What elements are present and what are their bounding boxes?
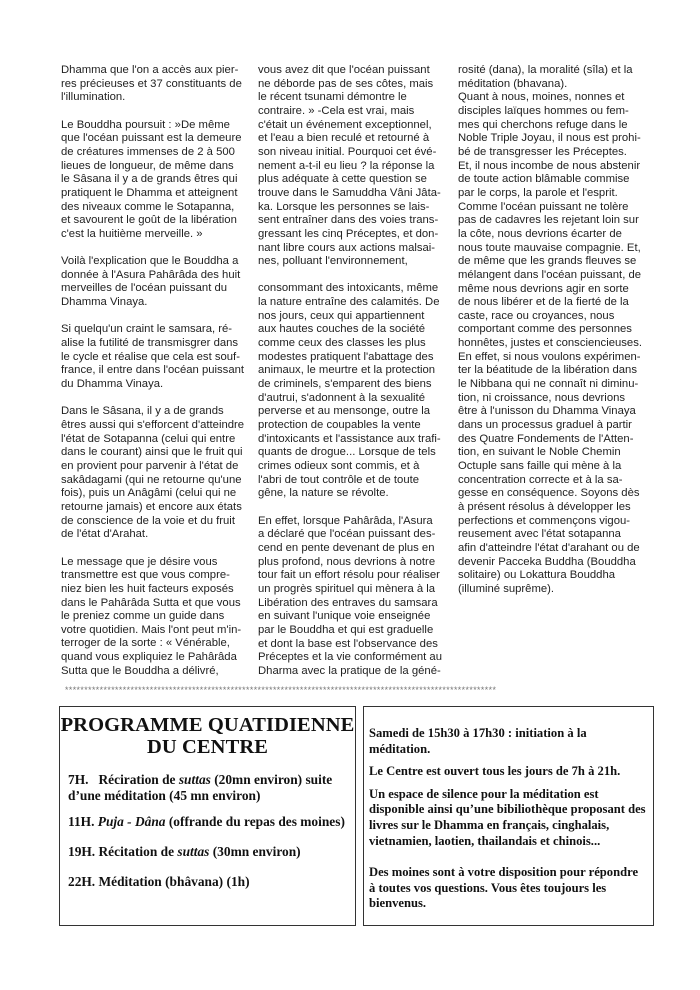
schedule-text: (offrande du repas des moines) (166, 814, 345, 829)
paragraph: consommant des intoxicants, même la natu… (258, 282, 452, 501)
paragraph: vous avez dit que l'océan puissant ne dé… (258, 64, 452, 269)
schedule-text: Réciration de (99, 772, 179, 787)
schedule-time: 7H. (68, 772, 88, 787)
schedule-title: PROGRAMME QUATIDIENNE DU CENTRE (60, 714, 355, 758)
paragraph: Quant à nous, moines, nonnes et disciple… (458, 91, 654, 596)
schedule-time: 22H. (68, 874, 95, 889)
schedule-item: 7H. Réciration de suttas (20mn environ) … (68, 772, 349, 804)
schedule-title-line-2: DU CENTRE (60, 736, 355, 758)
info-paragraph: Des moines sont à votre disposition pour… (369, 865, 647, 912)
schedule-text: Récitation de (99, 844, 178, 859)
info-paragraph: Samedi de 15h30 à 17h30 : initiation à l… (369, 726, 647, 757)
info-paragraph: Un espace de silence pour la méditation … (369, 787, 647, 849)
paragraph: Le message que je désire vous transmettr… (61, 556, 257, 679)
paragraph: En effet, lorsque Pahârâda, l'Asura a dé… (258, 515, 452, 679)
info-paragraph: Le Centre est ouvert tous les jours de 7… (369, 764, 647, 780)
schedule-italic: Puja - Dâna (98, 814, 166, 829)
schedule-item: 22H. Méditation (bhâvana) (1h) (68, 874, 349, 890)
article-column-2: vous avez dit que l'océan puissant ne dé… (258, 64, 452, 679)
asterisk-separator: ****************************************… (64, 686, 650, 696)
paragraph: Dans le Sâsana, il y a de grands êtres a… (61, 405, 257, 542)
schedule-italic: suttas (179, 772, 211, 787)
article-column-1: Dhamma que l'on a accès aux pier- res pr… (61, 64, 257, 678)
info-box: Samedi de 15h30 à 17h30 : initiation à l… (363, 706, 654, 926)
schedule-item: 19H. Récitation de suttas (30mn environ) (68, 844, 349, 860)
schedule-item: 11H. Puja - Dâna (offrande du repas des … (68, 814, 349, 830)
schedule-box: PROGRAMME QUATIDIENNE DU CENTRE 7H. Réci… (59, 706, 356, 926)
schedule-italic: suttas (177, 844, 209, 859)
paragraph: Dhamma que l'on a accès aux pier- res pr… (61, 64, 257, 105)
paragraph: Si quelqu'un craint le samsara, ré- alis… (61, 323, 257, 391)
info-list: Samedi de 15h30 à 17h30 : initiation à l… (364, 726, 653, 912)
schedule-list: 7H. Réciration de suttas (20mn environ) … (60, 772, 355, 890)
schedule-time: 19H. (68, 844, 95, 859)
paragraph: Voilà l'explication que le Bouddha a don… (61, 255, 257, 310)
paragraph: rosité (dana), la moralité (sîla) et la … (458, 64, 654, 91)
schedule-title-line-1: PROGRAMME QUATIDIENNE (60, 714, 355, 736)
schedule-time: 11H. (68, 814, 94, 829)
paragraph: Le Bouddha poursuit : »De même que l'océ… (61, 119, 257, 242)
schedule-text: Méditation (bhâvana) (1h) (99, 874, 250, 889)
article-column-3: rosité (dana), la moralité (sîla) et la … (458, 64, 654, 597)
schedule-text: (30mn environ) (209, 844, 300, 859)
